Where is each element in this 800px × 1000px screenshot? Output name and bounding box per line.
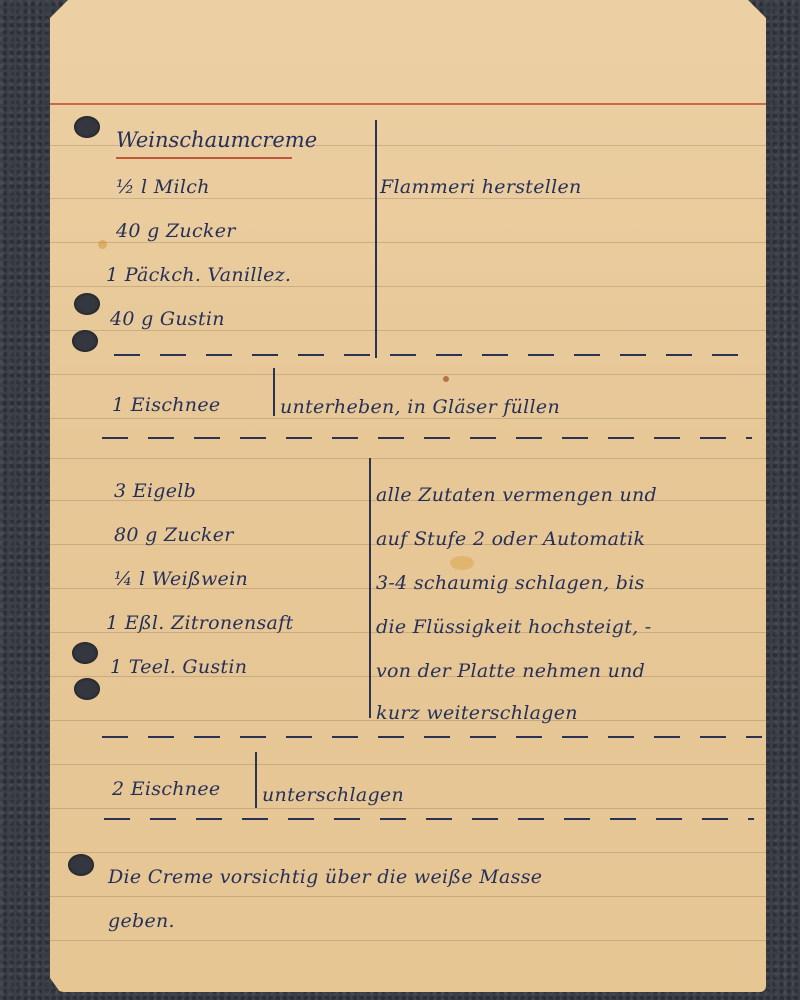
instruction-line: auf Stufe 2 oder Automatik xyxy=(376,528,645,550)
header-rule xyxy=(50,103,766,105)
ruled-line xyxy=(50,458,766,459)
instruction-line: 3-4 schaumig schlagen, bis xyxy=(376,572,645,594)
ingredient: 1 Eßl. Zitronensaft xyxy=(106,612,293,634)
ruled-line xyxy=(50,198,766,199)
ingredient: ½ l Milch xyxy=(116,176,210,198)
ingredient: ¼ l Weißwein xyxy=(114,568,248,590)
dashed-separator xyxy=(104,818,754,820)
punch-hole xyxy=(74,116,100,138)
dashed-separator xyxy=(114,354,754,356)
punch-hole xyxy=(72,642,98,664)
punch-hole xyxy=(68,854,94,876)
instruction-line: von der Platte nehmen und xyxy=(376,660,645,682)
ingredient: 1 Teel. Gustin xyxy=(110,656,247,678)
recipe-title: Weinschaumcreme xyxy=(116,128,317,152)
column-divider xyxy=(273,368,275,416)
ruled-line xyxy=(50,374,766,375)
recipe-card: Weinschaumcreme ½ l Milch 40 g Zucker 1 … xyxy=(50,0,766,992)
column-divider xyxy=(375,120,377,358)
stain xyxy=(450,556,474,570)
ruled-line xyxy=(50,242,766,243)
instruction: unterheben, in Gläser füllen xyxy=(280,396,560,418)
punch-hole xyxy=(72,330,98,352)
ruled-line xyxy=(50,764,766,765)
final-instruction-line: geben. xyxy=(108,910,175,932)
ingredient: 2 Eischnee xyxy=(112,778,220,800)
ruled-line xyxy=(50,418,766,419)
ruled-line xyxy=(50,286,766,287)
ruled-line xyxy=(50,852,766,853)
title-underline xyxy=(116,157,292,159)
instruction-line: kurz weiterschlagen xyxy=(376,702,578,724)
ingredient: 1 Eischnee xyxy=(112,394,220,416)
stain xyxy=(443,376,449,382)
punch-hole xyxy=(74,293,100,315)
ruled-line xyxy=(50,330,766,331)
punch-hole xyxy=(74,678,100,700)
dashed-separator xyxy=(102,736,762,738)
ingredient: 40 g Zucker xyxy=(116,220,236,242)
instruction-line: die Flüssigkeit hochsteigt, - xyxy=(376,616,652,638)
ruled-line xyxy=(50,808,766,809)
ingredient: 1 Päckch. Vanillez. xyxy=(106,264,291,286)
ingredient: 40 g Gustin xyxy=(110,308,225,330)
instruction: Flammeri herstellen xyxy=(380,176,582,198)
ruled-line xyxy=(50,940,766,941)
stain xyxy=(98,240,107,249)
column-divider xyxy=(369,458,371,718)
ingredient: 3 Eigelb xyxy=(114,480,196,502)
ingredient: 80 g Zucker xyxy=(114,524,234,546)
final-instruction-line: Die Creme vorsichtig über die weiße Mass… xyxy=(108,866,542,888)
column-divider xyxy=(255,752,257,808)
ruled-line xyxy=(50,896,766,897)
dashed-separator xyxy=(102,437,752,439)
instruction-line: alle Zutaten vermengen und xyxy=(376,484,657,506)
instruction: unterschlagen xyxy=(262,784,404,806)
